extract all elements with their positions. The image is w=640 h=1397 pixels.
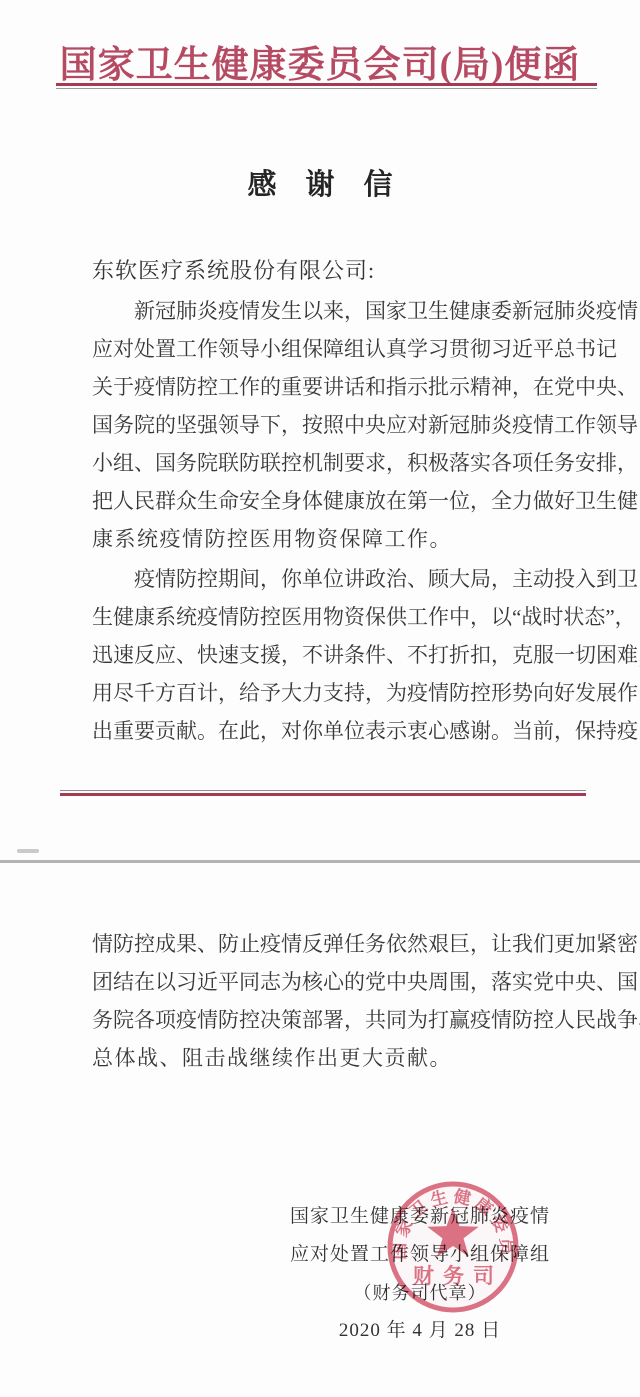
official-seal: 国家卫生健康委员会 财务司 (379, 1173, 527, 1321)
letter-page-1: 国家卫生健康委员会司(局)便函 感 谢 信 东软医疗系统股份有限公司: 新冠肺炎… (0, 0, 640, 861)
body-line: 迅速反应、快速支援，不讲条件、不打折扣，克服一切困难， (92, 636, 578, 674)
body-line: 新冠肺炎疫情发生以来，国家卫生健康委新冠肺炎疫情 (92, 292, 578, 330)
body-line: 把人民群众生命安全身体健康放在第一位，全力做好卫生健 (92, 482, 578, 520)
letterhead-title: 国家卫生健康委员会司(局)便函 (0, 34, 640, 88)
letterhead-rule-gray-line (56, 88, 597, 89)
body-line: 总体战、阻击战继续作出更大贡献。 (92, 1039, 578, 1077)
body-line: 团结在以习近平同志为核心的党中央周围，落实党中央、国 (92, 963, 578, 1001)
body-line: 生健康系统疫情防控医用物资保供工作中，以“战时状态”， (92, 598, 578, 636)
body-line: 康系统疫情防控医用物资保障工作。 (92, 520, 578, 558)
body-line: 小组、国务院联防联控机制要求，积极落实各项任务安排， (92, 444, 578, 482)
letterhead-rule (56, 83, 597, 89)
ink-smudge (17, 849, 39, 853)
body-line: 情防控成果、防止疫情反弹任务依然艰巨，让我们更加紧密 (92, 925, 578, 963)
body-line: 应对处置工作领导小组保障组认真学习贯彻习近平总书记 (92, 330, 578, 368)
seal-department-text: 财务司 (413, 1264, 503, 1288)
body-line: 出重要贡献。在此，对你单位表示衷心感谢。当前，保持疫 (92, 712, 578, 750)
letter-title: 感 谢 信 (0, 162, 640, 203)
body-line: 疫情防控期间，你单位讲政治、顾大局，主动投入到卫 (92, 560, 578, 598)
body-line: 国务院的坚强领导下，按照中央应对新冠肺炎疫情工作领导 (92, 406, 578, 444)
body-line: 务院各项疫情防控决策部署，共同为打赢疫情防控人民战争、 (92, 1001, 578, 1039)
paragraph-1: 新冠肺炎疫情发生以来，国家卫生健康委新冠肺炎疫情应对处置工作领导小组保障组认真学… (92, 292, 578, 558)
page1-footer-rule (60, 790, 586, 796)
paragraph-2: 疫情防控期间，你单位讲政治、顾大局，主动投入到卫生健康系统疫情防控医用物资保供工… (92, 560, 578, 750)
letter-page-2: 情防控成果、防止疫情反弹任务依然艰巨，让我们更加紧密团结在以习近平同志为核心的党… (0, 863, 640, 1397)
paragraph-3: 情防控成果、防止疫情反弹任务依然艰巨，让我们更加紧密团结在以习近平同志为核心的党… (92, 925, 578, 1077)
salutation: 东软医疗系统股份有限公司: (92, 254, 375, 285)
footer-rule-red-line (60, 793, 586, 796)
body-line: 用尽千方百计，给予大力支持，为疫情防控形势向好发展作 (92, 674, 578, 712)
body-line: 关于疫情防控工作的重要讲话和指示批示精神，在党中央、 (92, 368, 578, 406)
